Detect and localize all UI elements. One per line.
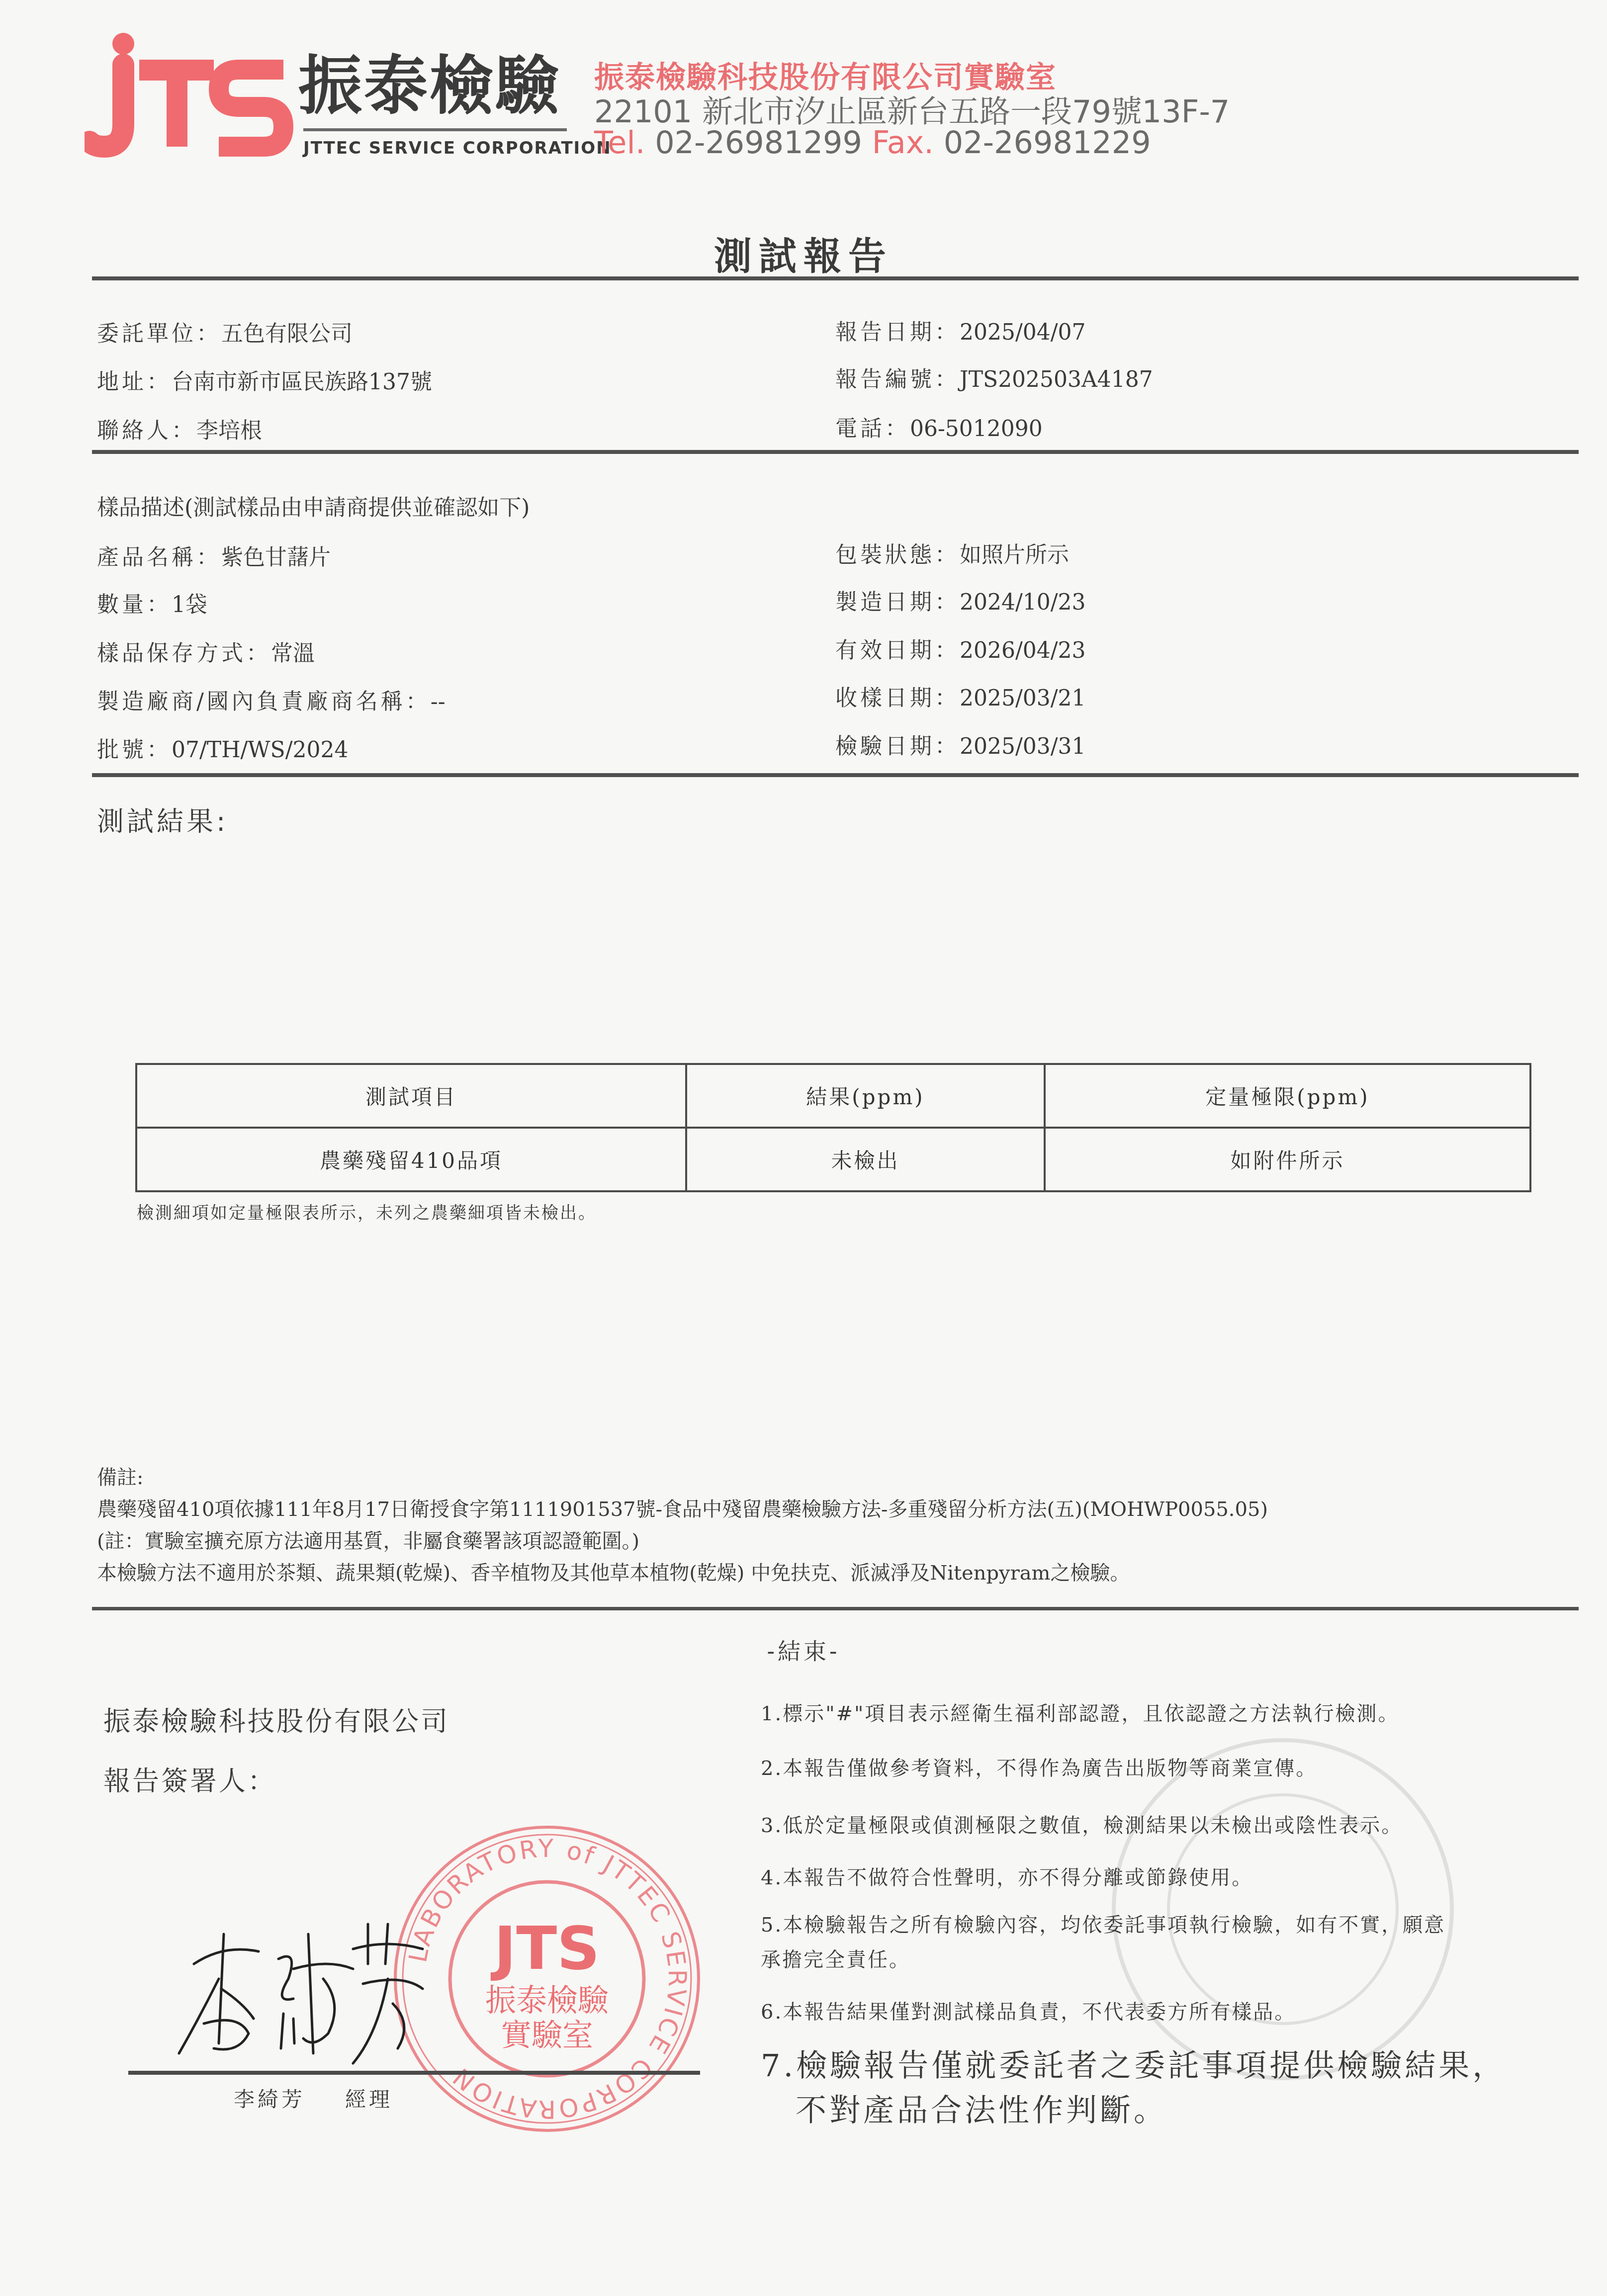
client-contact: 聯絡人：李培根 (97, 413, 262, 444)
test-item-cell: 農藥殘留410品項 (136, 1128, 686, 1191)
note-item: 4.本報告不做符合性聲明，亦不得分離或節錄使用。 (761, 1862, 1253, 1890)
note-item: 不對產品合法性作判斷。 (796, 2086, 1167, 2130)
brand-name-en: JTTEC SERVICE CORPORATION (303, 138, 612, 158)
client-address: 地址：台南市新市區民族路137號 (97, 364, 432, 396)
tel-number: 02-26981299 (655, 124, 862, 161)
remarks: 備註: 農藥殘留410項依據111年8月17日衛授食字第1111901537號-… (97, 1462, 1268, 1589)
signer-label: 報告簽署人： (103, 1760, 276, 1798)
divider (92, 1607, 1579, 1610)
divider (92, 276, 1579, 280)
fax-label: Fax. (872, 124, 934, 161)
note-item: 1.標示"#"項目表示經衛生福利部認證，且依認證之方法執行檢測。 (761, 1698, 1399, 1726)
remark-line: (註：實驗室擴充原方法適用基質，非屬食藥署該項認證範圍。) (97, 1525, 1268, 1557)
sample-product: 產品名稱：紫色甘藷片 (97, 539, 331, 571)
note-item: 承擔完全責任。 (761, 1944, 910, 1972)
end-mark: -結束- (0, 1633, 1607, 1666)
brand-name-cn: 振泰檢驗 (298, 55, 561, 118)
sample-heading: 樣品描述(測試樣品由申請商提供並確認如下) (97, 490, 530, 522)
note-item: 3.低於定量極限或偵測極限之數值，檢測結果以未檢出或陰性表示。 (761, 1810, 1403, 1838)
table-header-row: 測試項目 結果(ppm) 定量極限(ppm) (136, 1064, 1530, 1128)
sample-manufacturer: 製造廠商/國內負責廠商名稱：-- (97, 684, 446, 715)
note-item: 2.本報告僅做參考資料，不得作為廣告出版物等商業宣傳。 (761, 1753, 1317, 1781)
report-date: 報告日期：2025/04/07 (835, 314, 1086, 346)
jts-logo (85, 30, 293, 159)
issuing-company: 振泰檢驗科技股份有限公司 (103, 1700, 449, 1739)
sample-packaging: 包裝狀態：如照片所示 (835, 537, 1069, 569)
svg-text:實驗室: 實驗室 (501, 2017, 593, 2053)
signature-line (128, 2071, 700, 2075)
sample-tested-date: 檢驗日期：2025/03/31 (835, 728, 1086, 760)
note-item: 7.檢驗報告僅就委託者之委託事項提供檢驗結果， (761, 2041, 1506, 2085)
table-row: 農藥殘留410品項 未檢出 如附件所示 (136, 1128, 1530, 1191)
sample-batch: 批號：07/TH/WS/2024 (97, 732, 349, 764)
fax-number: 02-26981229 (944, 124, 1151, 161)
sample-exp-date: 有效日期：2026/04/23 (835, 632, 1086, 664)
svg-text:振泰檢驗: 振泰檢驗 (485, 1982, 609, 2019)
report-number: 報告編號：JTS202503A4187 (835, 361, 1153, 393)
client-unit: 委託單位：五色有限公司 (97, 316, 353, 348)
sample-storage: 樣品保存方式：常溫 (97, 635, 315, 667)
document-title: 測試報告 (0, 226, 1607, 280)
svg-text:JTS: JTS (491, 1914, 600, 1983)
remark-line: 農藥殘留410項依據111年8月17日衛授食字第1111901537號-食品中殘… (97, 1494, 1268, 1525)
column-header: 結果(ppm) (686, 1064, 1045, 1128)
lab-contact: Tel. 02-26981299 Fax. 02-26981229 (594, 124, 1151, 161)
remark-line: 本檢驗方法不適用於茶類、蔬果類(乾燥)、香辛植物及其他草本植物(乾燥) 中免扶克… (97, 1557, 1268, 1589)
table-footnote: 檢測細項如定量極限表所示，未列之農藥細項皆未檢出。 (137, 1199, 597, 1224)
note-item: 6.本報告結果僅對測試樣品負責，不代表委方所有樣品。 (761, 1996, 1296, 2025)
sample-mfg-date: 製造日期：2024/10/23 (835, 584, 1086, 616)
column-header: 測試項目 (136, 1064, 686, 1128)
signer-title: 經理 (345, 2087, 393, 2112)
loq-cell: 如附件所示 (1045, 1128, 1530, 1191)
remarks-heading: 備註: (97, 1462, 1268, 1494)
brand-divider (303, 128, 567, 131)
sample-quantity: 數量：1袋 (97, 587, 207, 618)
divider (92, 450, 1579, 454)
results-table: 測試項目 結果(ppm) 定量極限(ppm) 農藥殘留410品項 未檢出 如附件… (135, 1063, 1531, 1192)
handwritten-signature (164, 1904, 443, 2068)
column-header: 定量極限(ppm) (1045, 1064, 1530, 1128)
tel-label: Tel. (594, 124, 645, 161)
result-cell: 未檢出 (686, 1128, 1045, 1191)
results-heading: 測試結果: (97, 800, 228, 839)
signer-name: 李綺芳經理 (234, 2083, 393, 2113)
client-phone: 電話：06-5012090 (835, 411, 1043, 442)
sample-received-date: 收樣日期：2025/03/21 (835, 680, 1086, 712)
divider (92, 773, 1579, 777)
note-item: 5.本檢驗報告之所有檢驗內容，均依委託事項執行檢驗，如有不實，願意 (761, 1909, 1445, 1938)
